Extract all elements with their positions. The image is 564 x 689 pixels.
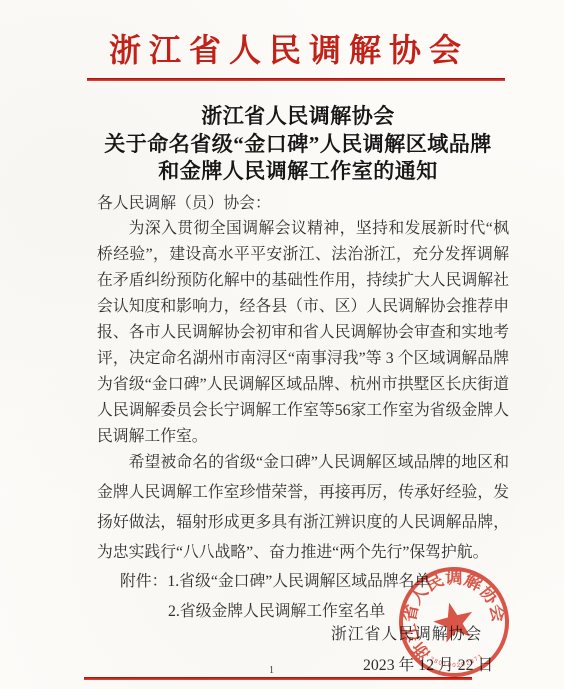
document-title-line-1: 浙江省人民调解协会 xyxy=(40,103,556,131)
attachment-item-2: 2.省级金牌人民调解工作室名单 xyxy=(168,598,385,621)
scanned-notice-document: 浙江省人民调解协会 浙江省人民调解协会 关于命名省级“金口碑”人民调解区域品牌 … xyxy=(0,0,564,689)
body-paragraph-1: 为深入贯彻全国调解会议精神，坚持和发展新时代“枫桥经验”，建设高水平平安浙江、法… xyxy=(97,216,509,450)
salutation: 各人民调解（员）协会： xyxy=(97,190,271,213)
official-seal: 浙江省人民调解协会 280190202071 xyxy=(390,558,518,686)
document-title: 浙江省人民调解协会 关于命名省级“金口碑”人民调解区域品牌 和金牌人民调解工作室… xyxy=(40,103,556,186)
document-title-line-3: 和金牌人民调解工作室的通知 xyxy=(40,158,556,186)
attachment-label: 附件： xyxy=(120,573,167,590)
footer-divider-rule xyxy=(84,677,472,680)
attachment-line-1: 附件：1.省级“金口碑”人民调解区域品牌名单 xyxy=(120,568,430,591)
star-icon xyxy=(430,598,478,645)
page-number: 1 xyxy=(269,665,274,676)
document-title-line-2: 关于命名省级“金口碑”人民调解区域品牌 xyxy=(40,131,556,159)
masthead-divider-rule xyxy=(87,78,505,81)
masthead-org-name: 浙江省人民调解协会 xyxy=(0,25,564,71)
body-paragraph-2: 希望被命名的省级“金口碑”人民调解区域品牌的地区和金牌人民调解工作室珍惜荣誉，再… xyxy=(97,448,509,568)
